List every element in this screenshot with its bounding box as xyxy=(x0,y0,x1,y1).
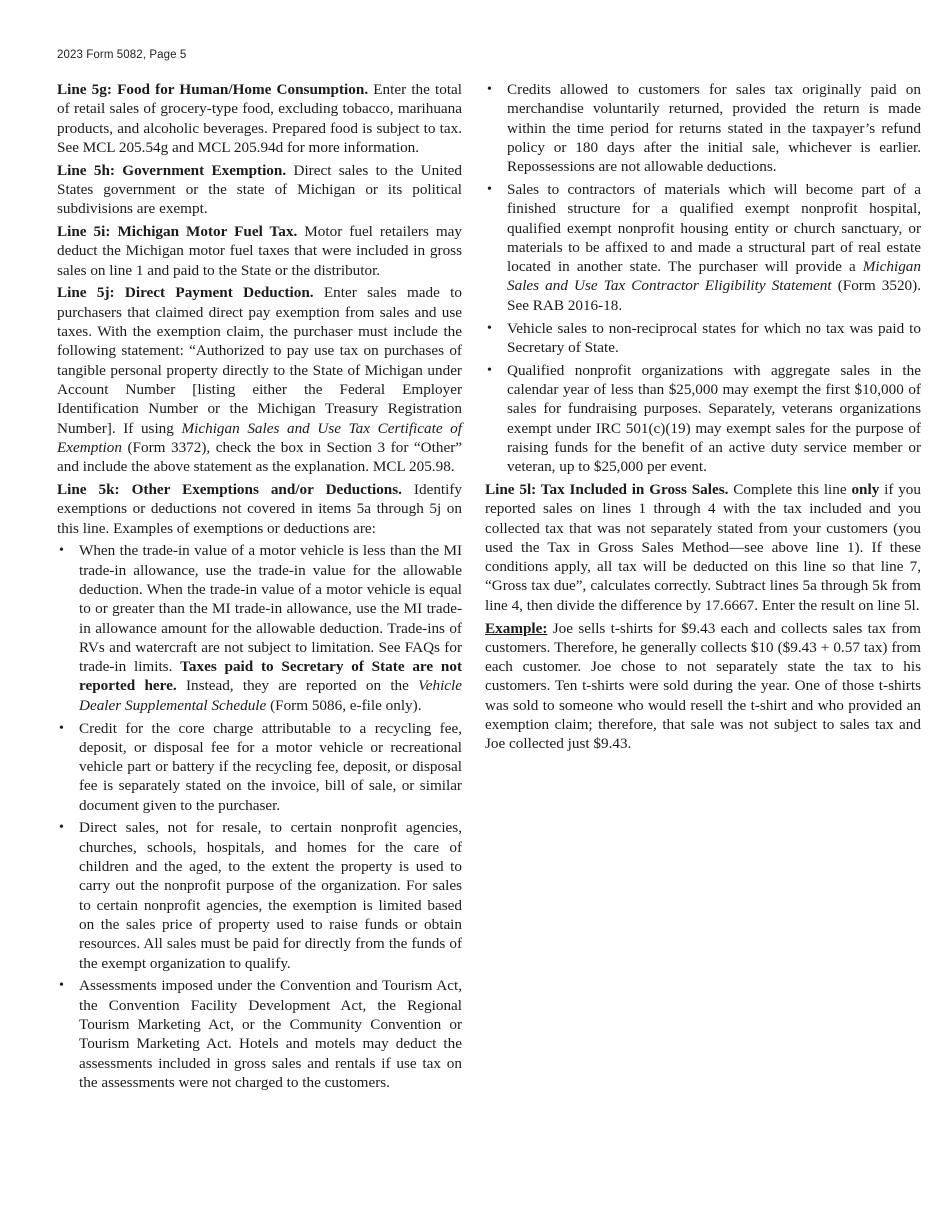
bullet-icon: • xyxy=(485,361,507,477)
list-item: • Credits allowed to customers for sales… xyxy=(485,80,921,176)
para-lead: Line 5h: Government Exemption. xyxy=(57,162,286,179)
para-text: if you reported sales on lines 1 through… xyxy=(485,481,921,614)
para-text: Enter sales made to purchasers that clai… xyxy=(57,284,462,436)
example-label: Example: xyxy=(485,620,547,637)
bullet-text: Sales to contractors of materials which … xyxy=(507,180,921,315)
bullet-icon: • xyxy=(485,80,507,176)
para-lead: Line 5i: Michigan Motor Fuel Tax. xyxy=(57,223,297,240)
page-body: Line 5g: Food for Human/Home Consumption… xyxy=(57,80,921,1096)
para-text: Complete this line xyxy=(728,481,851,498)
bullet-icon: • xyxy=(485,180,507,315)
para-text: Joe sells t-shirts for $9.43 each and co… xyxy=(485,620,921,753)
para-line-5h: Line 5h: Government Exemption. Direct sa… xyxy=(57,161,462,219)
bullet-text: Assessments imposed under the Convention… xyxy=(79,976,462,1092)
left-column: Line 5g: Food for Human/Home Consumption… xyxy=(57,80,462,1096)
list-item: • Qualified nonprofit organizations with… xyxy=(485,361,921,477)
para-text: Instead, they are reported on the xyxy=(177,677,418,694)
bullet-text: When the trade-in value of a motor vehic… xyxy=(79,541,462,715)
para-line-5l: Line 5l: Tax Included in Gross Sales. Co… xyxy=(485,480,921,615)
list-item: • Assessments imposed under the Conventi… xyxy=(57,976,462,1092)
bullet-text: Credit for the core charge attributable … xyxy=(79,719,462,815)
list-item: • Credit for the core charge attributabl… xyxy=(57,719,462,815)
bullet-icon: • xyxy=(57,976,79,1092)
bullet-icon: • xyxy=(57,719,79,815)
right-column: • Credits allowed to customers for sales… xyxy=(485,80,921,1096)
list-item: • Sales to contractors of materials whic… xyxy=(485,180,921,315)
document-page: 2023 Form 5082, Page 5 Line 5g: Food for… xyxy=(0,0,950,1230)
bullet-text: Credits allowed to customers for sales t… xyxy=(507,80,921,176)
bullet-icon: • xyxy=(57,818,79,972)
bullet-text: Vehicle sales to non-reciprocal states f… xyxy=(507,319,921,358)
para-line-5i: Line 5i: Michigan Motor Fuel Tax. Motor … xyxy=(57,222,462,280)
para-lead: Line 5l: Tax Included in Gross Sales. xyxy=(485,481,728,498)
list-item: • Vehicle sales to non-reciprocal states… xyxy=(485,319,921,358)
para-text: (Form 5086, e-file only). xyxy=(266,697,421,714)
para-lead: Line 5g: Food for Human/Home Consumption… xyxy=(57,81,368,98)
para-lead: Line 5k: Other Exemptions and/or Deducti… xyxy=(57,481,402,498)
bullet-text: Direct sales, not for resale, to certain… xyxy=(79,818,462,972)
bullet-icon: • xyxy=(57,541,79,715)
bold-only-text: only xyxy=(851,481,879,498)
bullet-icon: • xyxy=(485,319,507,358)
para-example: Example: Joe sells t-shirts for $9.43 ea… xyxy=(485,619,921,754)
list-item: • Direct sales, not for resale, to certa… xyxy=(57,818,462,972)
para-text: When the trade-in value of a motor vehic… xyxy=(79,542,462,675)
para-lead: Line 5j: Direct Payment Deduction. xyxy=(57,284,314,301)
bullet-text: Qualified nonprofit organizations with a… xyxy=(507,361,921,477)
para-line-5g: Line 5g: Food for Human/Home Consumption… xyxy=(57,80,462,157)
para-line-5j: Line 5j: Direct Payment Deduction. Enter… xyxy=(57,283,462,476)
para-text: Sales to contractors of materials which … xyxy=(507,181,921,275)
page-header: 2023 Form 5082, Page 5 xyxy=(57,49,186,61)
list-item: • When the trade-in value of a motor veh… xyxy=(57,541,462,715)
para-line-5k: Line 5k: Other Exemptions and/or Deducti… xyxy=(57,480,462,538)
